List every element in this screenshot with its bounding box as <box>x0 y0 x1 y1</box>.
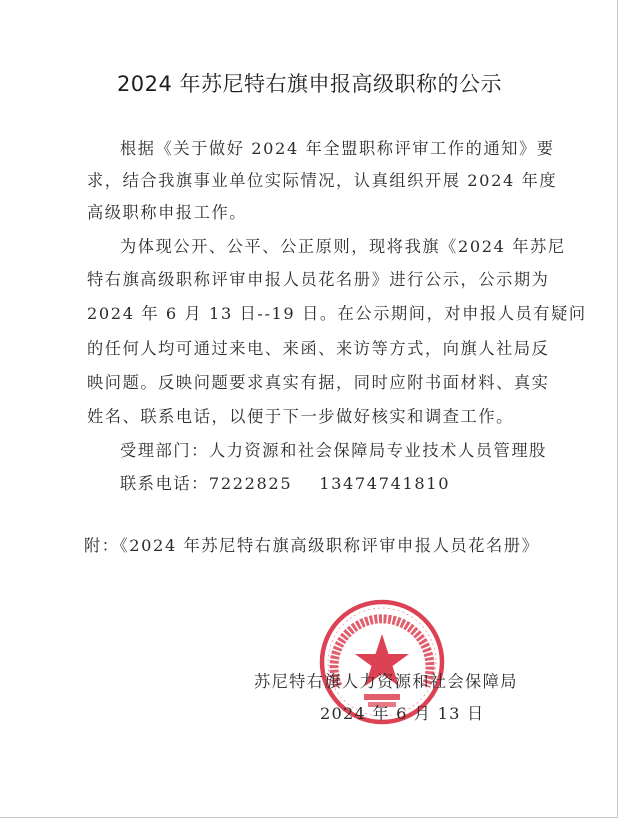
paragraph1-line: 求，结合我旗事业单位实际情况，认真组织开展 2024 年度 <box>87 170 529 192</box>
signing-organization: 苏尼特右旗人力资源和社会保障局 <box>254 668 518 692</box>
paragraph2-line: 的任何人均可通过来电、来函、来访等方式，向旗人社局反 <box>87 338 529 360</box>
paragraph2-line: 2024 年 6 月 13 日--19 日。在公示期间，对申报人员有疑问 <box>87 303 529 325</box>
paragraph2-line: 特右旗高级职称评审申报人员花名册》进行公示，公示期为 <box>87 269 529 291</box>
paragraph2-line: 映问题。反映问题要求真实有据，同时应附书面材料、真实 <box>87 372 529 394</box>
contact-phone-line: 联系电话：7222825 13474741810 <box>87 473 450 495</box>
paragraph2-line: 为体现公开、公平、公正原则，现将我旗《2024 年苏尼 <box>87 236 529 258</box>
document-title: 2024 年苏尼特右旗申报高级职称的公示 <box>0 68 619 98</box>
paragraph2-line: 姓名、联系电话，以便于下一步做好核实和调查工作。 <box>87 406 514 428</box>
paragraph1-line: 高级职称申报工作。 <box>87 202 247 224</box>
signing-date: 2024 年 6 月 13 日 <box>320 700 484 724</box>
attachment-line: 附：《2024 年苏尼特右旗高级职称评审申报人员花名册》 <box>84 535 539 557</box>
page-edge-bottom <box>0 817 618 818</box>
department-line: 受理部门：人力资源和社会保障局专业技术人员管理股 <box>87 440 529 462</box>
paragraph1-line: 根据《关于做好 2024 年全盟职称评审工作的通知》要 <box>87 138 529 160</box>
page-edge-right <box>617 0 618 818</box>
